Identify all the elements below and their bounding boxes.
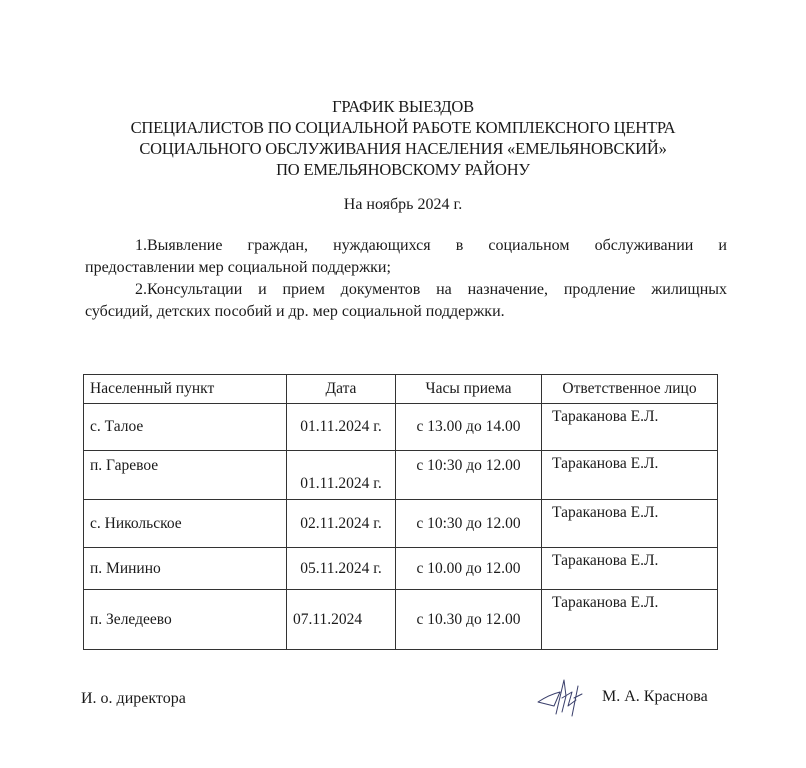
cell-person: Тараканова Е.Л.: [542, 548, 718, 590]
person-name: Тараканова Е.Л.: [552, 594, 658, 611]
title-line: ГРАФИК ВЫЕЗДОВ: [0, 96, 806, 117]
cell-place: п. Гаревое: [84, 451, 287, 500]
cell-person: Тараканова Е.Л.: [542, 451, 718, 500]
header-date: Дата: [287, 375, 396, 404]
cell-person: Тараканова Е.Л.: [542, 590, 718, 650]
person-name: Тараканова Е.Л.: [552, 408, 658, 425]
person-name: Тараканова Е.Л.: [552, 552, 658, 569]
purpose-rest: предоставлении мер социальной поддержки;: [85, 257, 727, 279]
cell-date: 01.11.2024 г.: [287, 404, 396, 451]
table-row: п. Гаревое 01.11.2024 г. с 10:30 до 12.0…: [84, 451, 718, 500]
cell-date: 05.11.2024 г.: [287, 548, 396, 590]
cell-place: п. Минино: [84, 548, 287, 590]
cell-hours: с 13.00 до 14.00: [396, 404, 542, 451]
purpose-rest: субсидий, детских пособий и др. мер соци…: [85, 301, 727, 323]
title-line: СОЦИАЛЬНОГО ОБСЛУЖИВАНИЯ НАСЕЛЕНИЯ «ЕМЕЛ…: [0, 138, 806, 159]
purpose-first-line: 2.Консультации и прием документов на наз…: [85, 279, 727, 301]
title-line: СПЕЦИАЛИСТОВ ПО СОЦИАЛЬНОЙ РАБОТЕ КОМПЛЕ…: [0, 117, 806, 138]
purpose-item-1: 1.Выявление граждан, нуждающихся в социа…: [85, 235, 727, 279]
cell-hours: с 10.00 до 12.00: [396, 548, 542, 590]
document-title: ГРАФИК ВЫЕЗДОВ СПЕЦИАЛИСТОВ ПО СОЦИАЛЬНО…: [0, 96, 806, 180]
cell-date: 02.11.2024 г.: [287, 500, 396, 548]
cell-hours: с 10.30 до 12.00: [396, 590, 542, 650]
header-place: Населенный пункт: [84, 375, 287, 404]
person-name: Тараканова Е.Л.: [552, 455, 658, 472]
purpose-first-line: 1.Выявление граждан, нуждающихся в социа…: [85, 235, 727, 257]
signatory-name: М. А. Краснова: [602, 688, 708, 706]
cell-person: Тараканова Е.Л.: [542, 404, 718, 451]
table-row: п. Зеледеево 07.11.2024 с 10.30 до 12.00…: [84, 590, 718, 650]
cell-hours: с 10:30 до 12.00: [396, 500, 542, 548]
header-person: Ответственное лицо: [542, 375, 718, 404]
cell-person: Тараканова Е.Л.: [542, 500, 718, 548]
period-label: На ноябрь 2024 г.: [0, 196, 806, 214]
cell-place: с. Никольское: [84, 500, 287, 548]
table-header-row: Населенный пункт Дата Часы приема Ответс…: [84, 375, 718, 404]
title-line: ПО ЕМЕЛЬЯНОВСКОМУ РАЙОНУ: [0, 159, 806, 180]
cell-place: п. Зеледеево: [84, 590, 287, 650]
cell-place: с. Талое: [84, 404, 287, 451]
table-row: п. Минино 05.11.2024 г. с 10.00 до 12.00…: [84, 548, 718, 590]
table-row: с. Никольское 02.11.2024 г. с 10:30 до 1…: [84, 500, 718, 548]
cell-date: 01.11.2024 г.: [287, 451, 396, 500]
cell-hours: с 10:30 до 12.00: [396, 451, 542, 500]
signature-icon: [534, 672, 596, 722]
signatory-position: И. о. директора: [81, 690, 186, 708]
table-row: с. Талое 01.11.2024 г. с 13.00 до 14.00 …: [84, 404, 718, 451]
schedule-table: Населенный пункт Дата Часы приема Ответс…: [83, 374, 718, 650]
header-hours: Часы приема: [396, 375, 542, 404]
cell-date: 07.11.2024: [287, 590, 396, 650]
purpose-item-2: 2.Консультации и прием документов на наз…: [85, 279, 727, 323]
person-name: Тараканова Е.Л.: [552, 504, 658, 521]
